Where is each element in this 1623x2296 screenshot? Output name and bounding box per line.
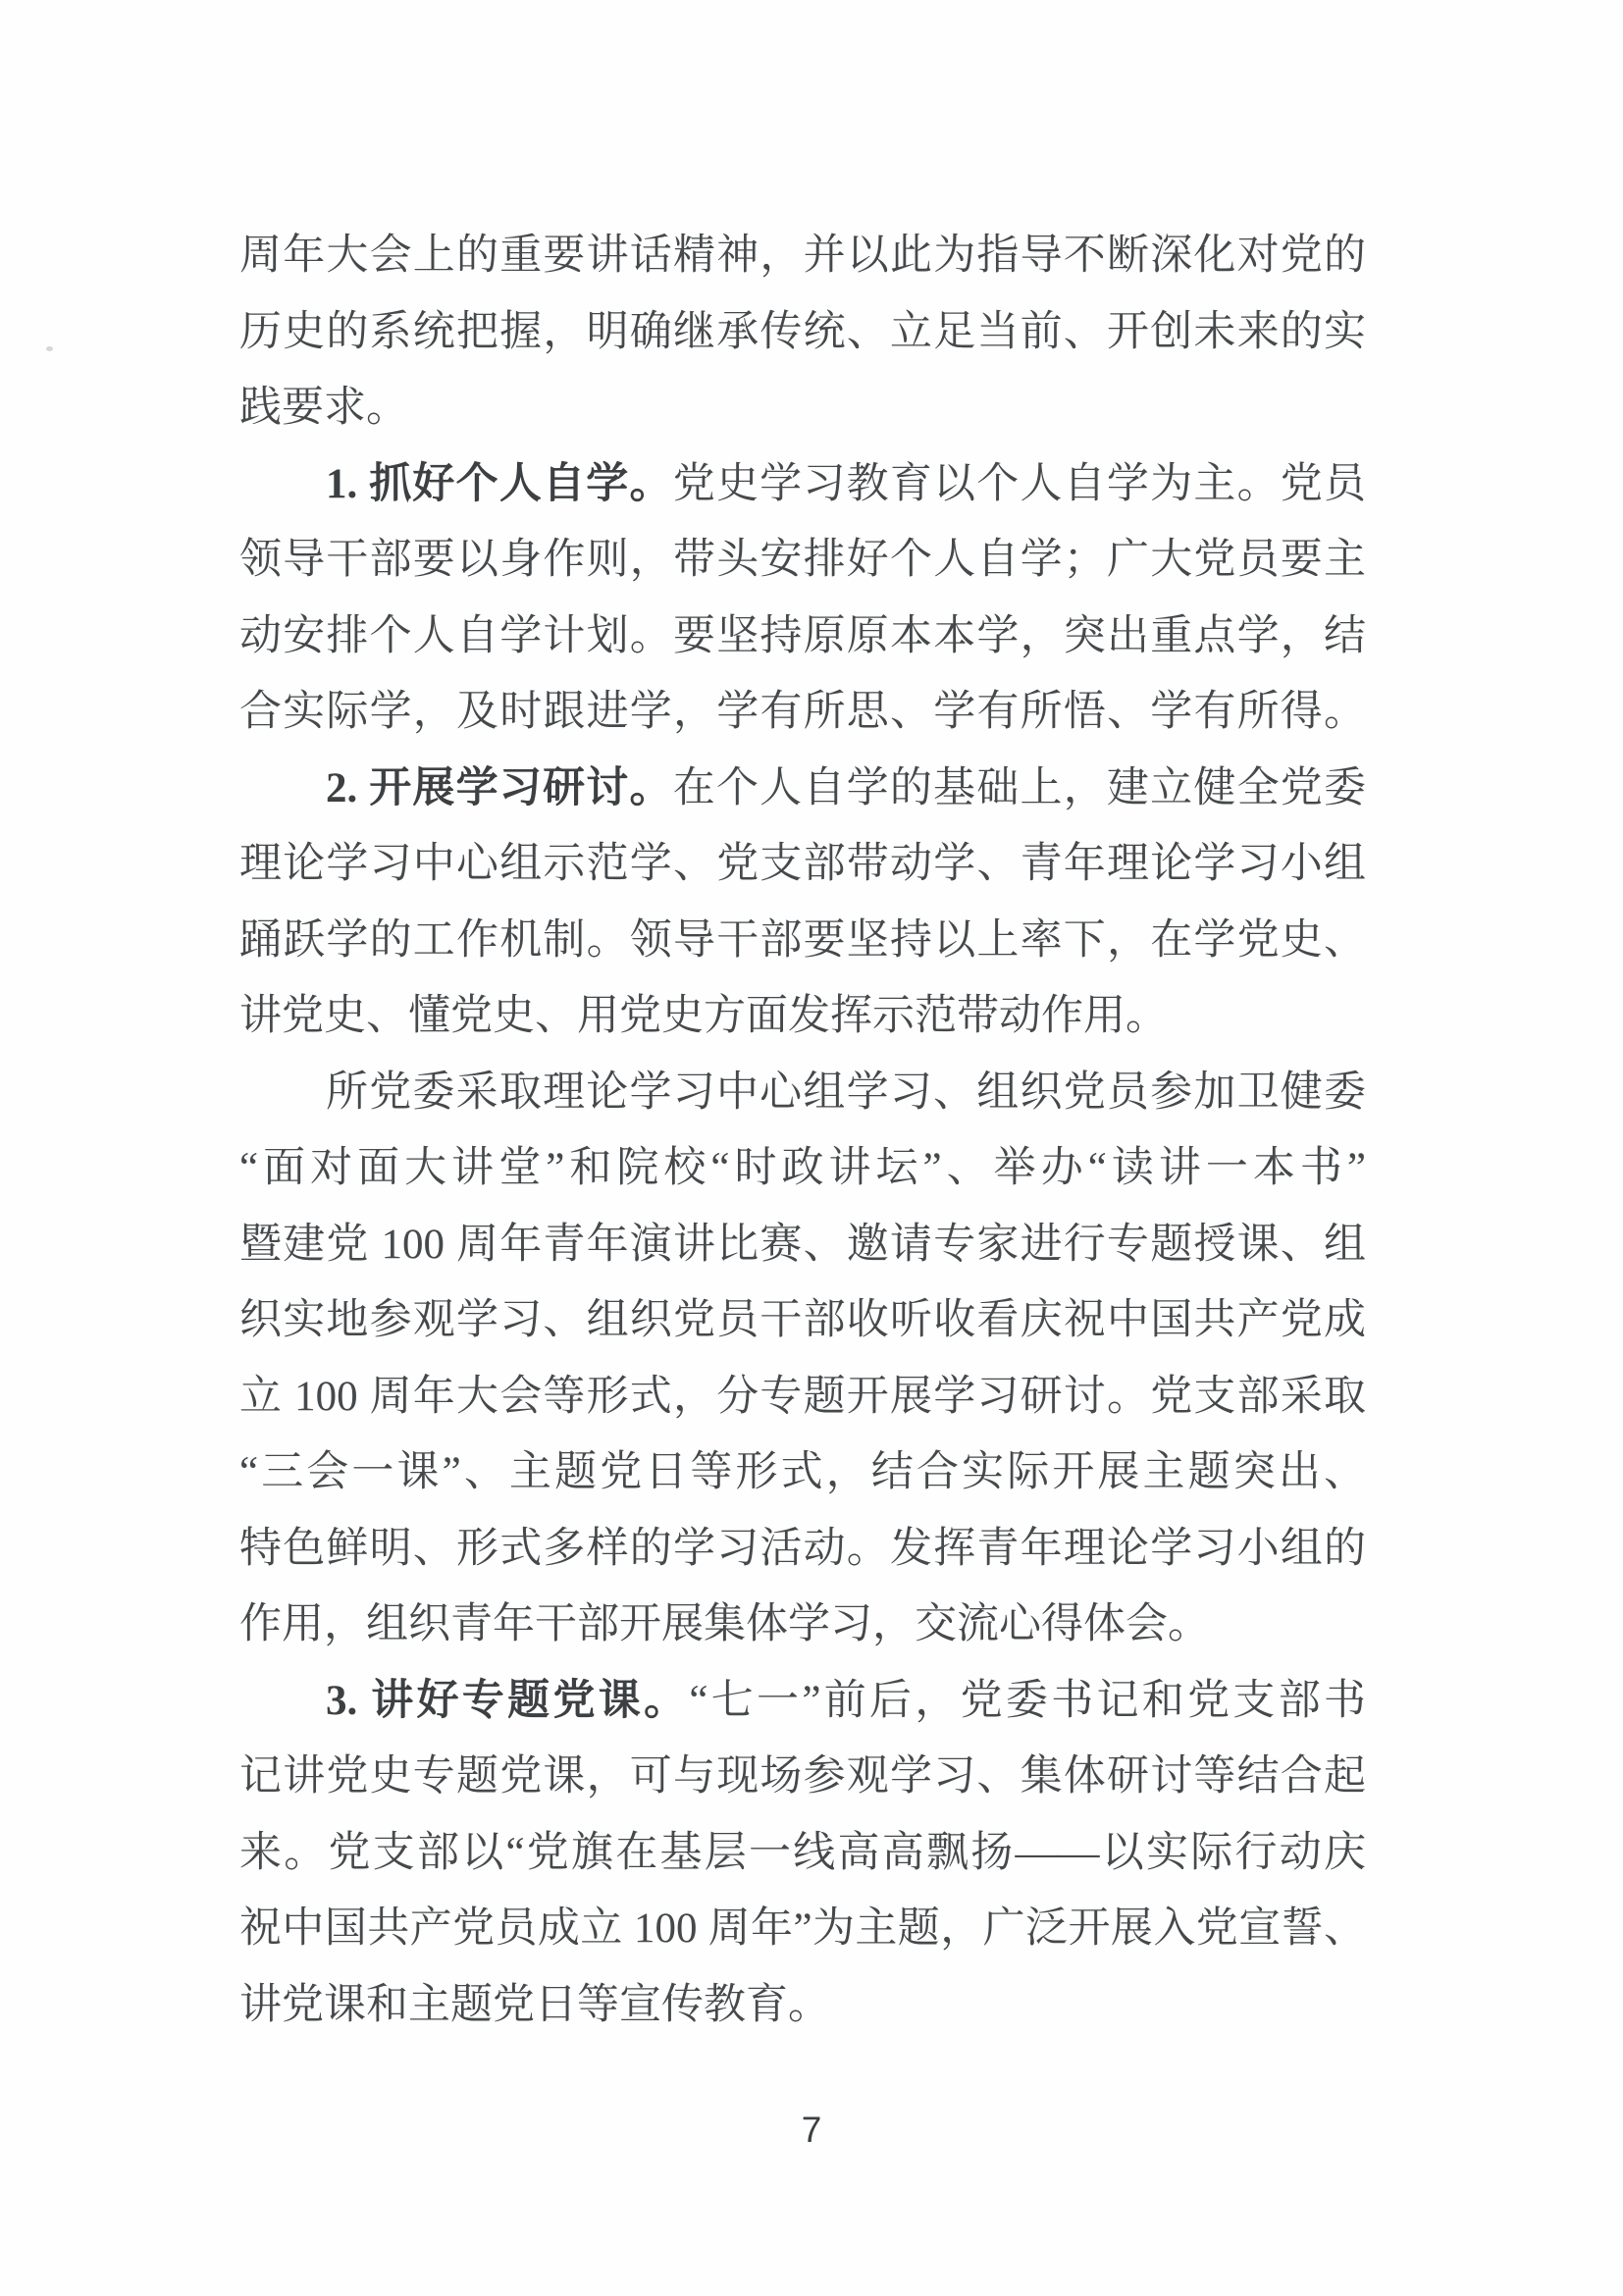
text-line: 合实际学，及时跟进学，学有所思、学有所悟、学有所得。 xyxy=(239,674,1366,751)
line-text: 暨建党 100 周年青年演讲比赛、邀请专家进行专题授课、组 xyxy=(239,1222,1366,1268)
line-text: 记讲党史专题党课，可与现场参观学习、集体研讨等结合起 xyxy=(239,1753,1366,1800)
text-line: 讲党课和主题党日等宣传教育。 xyxy=(239,1967,1366,2044)
text-line: 践要求。 xyxy=(239,370,1366,446)
text-line: 来。党支部以“党旗在基层一线高高飘扬——以实际行动庆 xyxy=(239,1815,1366,1892)
paragraph-heading: 1. 抓好个人自学。 xyxy=(326,461,673,507)
text-line: 周年大会上的重要讲话精神，并以此为指导不断深化对党的 xyxy=(239,218,1366,294)
line-text: 讲党史、懂党史、用党史方面发挥示范带动作用。 xyxy=(239,993,1168,1039)
text-line: 踊跃学的工作机制。领导干部要坚持以上率下，在学党史、 xyxy=(239,903,1366,979)
line-text: 党史学习教育以个人自学为主。党员 xyxy=(673,461,1366,507)
line-text: 领导干部要以身作则，带头安排好个人自学；广大党员要主 xyxy=(239,537,1366,583)
line-text: “三会一课”、主题党日等形式，结合实际开展主题突出、 xyxy=(239,1449,1366,1495)
text-line: 织实地参观学习、组织党员干部收听收看庆祝中国共产党成 xyxy=(239,1282,1366,1359)
text-line: “面对面大讲堂”和院校“时政讲坛”、举办“读讲一本书” xyxy=(239,1130,1366,1207)
line-text: 所党委采取理论学习中心组学习、组织党员参加卫健委 xyxy=(326,1070,1366,1116)
line-text: 作用，组织青年干部开展集体学习，交流心得体会。 xyxy=(239,1601,1210,1647)
text-line: 讲党史、懂党史、用党史方面发挥示范带动作用。 xyxy=(239,978,1366,1055)
text-line: 作用，组织青年干部开展集体学习，交流心得体会。 xyxy=(239,1587,1366,1663)
line-text: 合实际学，及时跟进学，学有所思、学有所悟、学有所得。 xyxy=(239,689,1366,735)
text-line: 记讲党史专题党课，可与现场参观学习、集体研讨等结合起 xyxy=(239,1739,1366,1815)
line-text: 在个人自学的基础上，建立健全党委 xyxy=(673,765,1366,811)
line-text: 践要求。 xyxy=(239,385,408,431)
text-line: “三会一课”、主题党日等形式，结合实际开展主题突出、 xyxy=(239,1435,1366,1511)
body-text: 周年大会上的重要讲话精神，并以此为指导不断深化对党的 历史的系统把握，明确继承传… xyxy=(239,218,1366,2043)
document-page: 周年大会上的重要讲话精神，并以此为指导不断深化对党的 历史的系统把握，明确继承传… xyxy=(0,0,1623,2296)
line-text: 祝中国共产党员成立 100 周年”为主题，广泛开展入党宣誓、 xyxy=(239,1905,1366,1952)
text-line: 3. 讲好专题党课。“七一”前后，党委书记和党支部书 xyxy=(239,1663,1366,1740)
line-text: 立 100 周年大会等形式，分专题开展学习研讨。党支部采取 xyxy=(239,1374,1366,1420)
text-line: 1. 抓好个人自学。党史学习教育以个人自学为主。党员 xyxy=(239,446,1366,523)
text-line: 动安排个人自学计划。要坚持原原本本学，突出重点学，结 xyxy=(239,599,1366,675)
paragraph-heading: 3. 讲好专题党课。 xyxy=(326,1678,689,1724)
line-text: “七一”前后，党委书记和党支部书 xyxy=(689,1678,1366,1724)
line-text: 特色鲜明、形式多样的学习活动。发挥青年理论学习小组的 xyxy=(239,1526,1366,1572)
line-text: 动安排个人自学计划。要坚持原原本本学，突出重点学，结 xyxy=(239,613,1366,659)
line-text: 理论学习中心组示范学、党支部带动学、青年理论学习小组 xyxy=(239,841,1366,887)
page-number: 7 xyxy=(0,2110,1623,2151)
text-line: 立 100 周年大会等形式，分专题开展学习研讨。党支部采取 xyxy=(239,1359,1366,1435)
text-line: 暨建党 100 周年青年演讲比赛、邀请专家进行专题授课、组 xyxy=(239,1207,1366,1283)
paragraph-heading: 2. 开展学习研讨。 xyxy=(326,765,673,811)
line-text: 周年大会上的重要讲话精神，并以此为指导不断深化对党的 xyxy=(239,233,1366,279)
text-line: 2. 开展学习研讨。在个人自学的基础上，建立健全党委 xyxy=(239,751,1366,827)
line-text: 踊跃学的工作机制。领导干部要坚持以上率下，在学党史、 xyxy=(239,917,1366,964)
text-line: 所党委采取理论学习中心组学习、组织党员参加卫健委 xyxy=(239,1055,1366,1131)
text-line: 特色鲜明、形式多样的学习活动。发挥青年理论学习小组的 xyxy=(239,1511,1366,1588)
line-text: 来。党支部以“党旗在基层一线高高飘扬——以实际行动庆 xyxy=(239,1830,1366,1876)
line-text: 讲党课和主题党日等宣传教育。 xyxy=(239,1982,830,2028)
text-line: 祝中国共产党员成立 100 周年”为主题，广泛开展入党宣誓、 xyxy=(239,1891,1366,1967)
line-text: 历史的系统把握，明确继承传统、立足当前、开创未来的实 xyxy=(239,309,1366,355)
line-text: 织实地参观学习、组织党员干部收听收看庆祝中国共产党成 xyxy=(239,1297,1366,1343)
text-line: 理论学习中心组示范学、党支部带动学、青年理论学习小组 xyxy=(239,826,1366,903)
line-text: “面对面大讲堂”和院校“时政讲坛”、举办“读讲一本书” xyxy=(239,1145,1366,1191)
text-line: 历史的系统把握，明确继承传统、立足当前、开创未来的实 xyxy=(239,294,1366,371)
scan-speck xyxy=(46,346,53,351)
text-line: 领导干部要以身作则，带头安排好个人自学；广大党员要主 xyxy=(239,522,1366,599)
